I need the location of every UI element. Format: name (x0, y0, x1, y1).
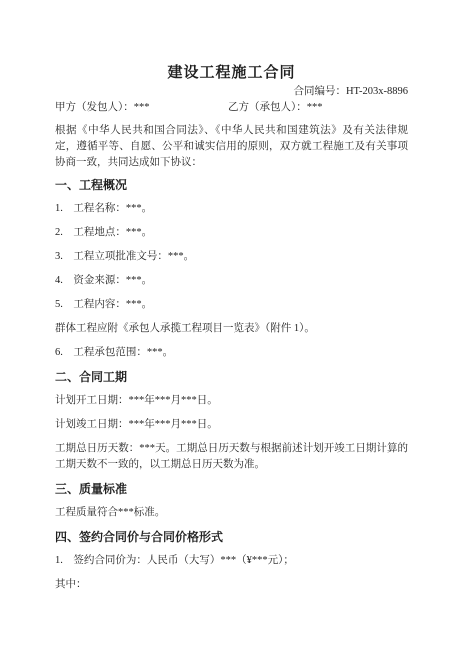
parties-row: 甲方（发包人）：*** 乙方（承包人）：*** (55, 101, 408, 115)
document-title: 建设工程施工合同 (55, 62, 408, 84)
section-heading-quality-standard: 三、质量标准 (55, 481, 408, 497)
contract-number-label: 合同编号： (293, 86, 346, 97)
para-total-calendar-days: 工期总日历天数：***天。工期总日历天数与根据前述计划开竣工日期计算的工期天数不… (55, 441, 408, 473)
para-planned-completion-date: 计划竣工日期：***年***月***日。 (55, 417, 408, 433)
para-project-location: 2. 工程地点：***。 (55, 225, 408, 241)
para-approval-number: 3. 工程立项批准文号：***。 (55, 249, 408, 265)
preamble-paragraph: 根据《中华人民共和国合同法》、《中华人民共和国建筑法》及有关法律规定，遵循平等、… (55, 123, 408, 171)
para-contract-scope: 6. 工程承包范围：***。 (55, 345, 408, 361)
para-quality-standard: 工程质量符合***标准。 (55, 505, 408, 521)
section-heading-project-overview: 一、工程概况 (55, 177, 408, 193)
section-heading-contract-duration: 二、合同工期 (55, 369, 408, 385)
para-contract-price: 1. 签约合同价为：人民币（大写）***（¥***元）； (55, 553, 408, 569)
contract-number-line: 合同编号：HT-203x-8896 (55, 85, 408, 99)
contract-document-page: 建设工程施工合同 合同编号：HT-203x-8896 甲方（发包人）：*** 乙… (0, 0, 463, 655)
para-price-breakdown-intro: 其中： (55, 577, 408, 593)
para-project-name: 1. 工程名称：***。 (55, 201, 408, 217)
party-b-line: 乙方（承包人）：*** (228, 101, 323, 115)
para-group-project-note: 群体工程应附《承包人承揽工程项目一览表》（附件 1）。 (55, 321, 408, 337)
section-heading-contract-price: 四、签约合同价与合同价格形式 (55, 529, 408, 545)
para-planned-start-date: 计划开工日期：***年***月***日。 (55, 393, 408, 409)
para-funding-source: 4. 资金来源：***。 (55, 273, 408, 289)
contract-number-value: HT-203x-8896 (346, 86, 408, 97)
para-project-content: 5. 工程内容：***。 (55, 297, 408, 313)
party-a-line: 甲方（发包人）：*** (55, 102, 150, 113)
